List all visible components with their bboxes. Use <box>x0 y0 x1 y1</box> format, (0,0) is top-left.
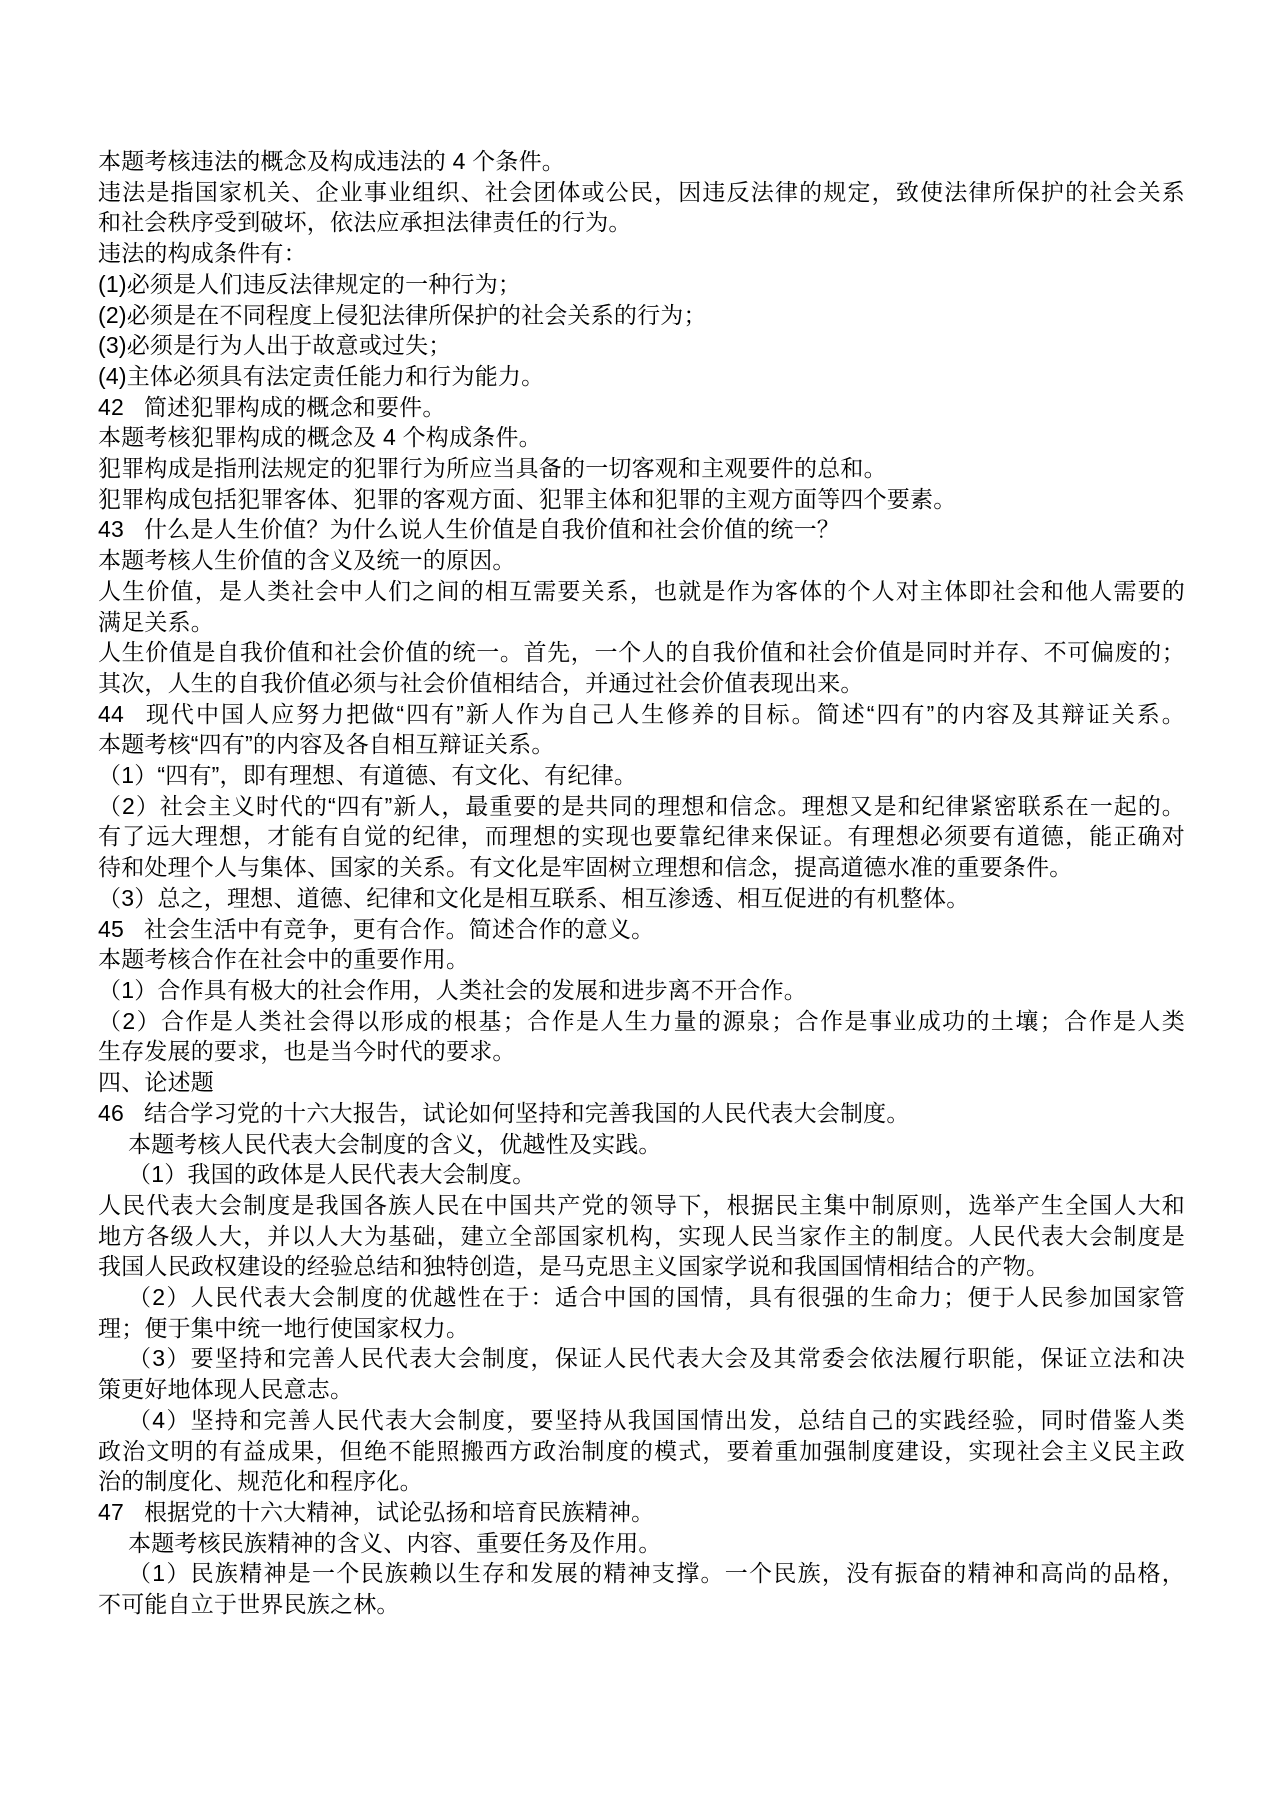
question-text: 根据党的十六大精神，试论弘扬和培育民族精神。 <box>144 1499 654 1525</box>
text-line: 犯罪构成是指刑法规定的犯罪行为所应当具备的一切客观和主观要件的总和。 <box>98 453 1185 484</box>
text-line: 46结合学习党的十六大报告，试论如何坚持和完善我国的人民代表大会制度。 <box>98 1098 1185 1129</box>
question-text: 社会生活中有竞争，更有合作。简述合作的意义。 <box>144 916 654 942</box>
text-line: 违法是指国家机关、企业事业组织、社会团体或公民，因违反法律的规定，致使法律所保护… <box>98 177 1185 208</box>
text-line: （1）我国的政体是人民代表大会制度。 <box>98 1159 1185 1190</box>
question-number: 47 <box>98 1497 124 1528</box>
text-line: 四、论述题 <box>98 1067 1185 1098</box>
text-line: 待和处理个人与集体、国家的关系。有文化是牢固树立理想和信念，提高道德水准的重要条… <box>98 852 1185 883</box>
question-text: 结合学习党的十六大报告，试论如何坚持和完善我国的人民代表大会制度。 <box>144 1100 910 1126</box>
question-number: 44 <box>98 699 124 730</box>
text-line: 有了远大理想，才能有自觉的纪律，而理想的实现也要靠纪律来保证。有理想必须要有道德… <box>98 821 1185 852</box>
question-number: 43 <box>98 514 124 545</box>
text-line: 理；便于集中统一地行使国家权力。 <box>98 1313 1185 1344</box>
question-text: 什么是人生价值？为什么说人生价值是自我价值和社会价值的统一？ <box>144 516 840 542</box>
text-line: 本题考核民族精神的含义、内容、重要任务及作用。 <box>98 1528 1185 1559</box>
text-line: （2）合作是人类社会得以形成的根基；合作是人生力量的源泉；合作是事业成功的土壤；… <box>98 1006 1185 1037</box>
question-text: 现代中国人应努力把做“四有”新人作为自己人生修养的目标。简述“四有”的内容及其辩… <box>144 701 1185 727</box>
text-line: （1）民族精神是一个民族赖以生存和发展的精神支撑。一个民族，没有振奋的精神和高尚… <box>98 1558 1185 1589</box>
text-line: 满足关系。 <box>98 607 1185 638</box>
text-line: 策更好地体现人民意志。 <box>98 1374 1185 1405</box>
text-line: 和社会秩序受到破坏，依法应承担法律责任的行为。 <box>98 207 1185 238</box>
text-line: 我国人民政权建设的经验总结和独特创造，是马克思主义国家学说和我国国情相结合的产物… <box>98 1251 1185 1282</box>
text-line: 44现代中国人应努力把做“四有”新人作为自己人生修养的目标。简述“四有”的内容及… <box>98 699 1185 730</box>
text-line: 违法的构成条件有： <box>98 238 1185 269</box>
text-block: 本题考核违法的概念及构成违法的 4 个条件。违法是指国家机关、企业事业组织、社会… <box>98 146 1185 1620</box>
text-line: （4）坚持和完善人民代表大会制度，要坚持从我国国情出发，总结自己的实践经验，同时… <box>98 1405 1185 1436</box>
text-line: （2）人民代表大会制度的优越性在于：适合中国的国情，具有很强的生命力；便于人民参… <box>98 1282 1185 1313</box>
text-line: 其次，人生的自我价值必须与社会价值相结合，并通过社会价值表现出来。 <box>98 668 1185 699</box>
text-line: 生存发展的要求，也是当今时代的要求。 <box>98 1036 1185 1067</box>
text-line: （3）总之，理想、道德、纪律和文化是相互联系、相互渗透、相互促进的有机整体。 <box>98 883 1185 914</box>
text-line: 政治文明的有益成果，但绝不能照搬西方政治制度的模式，要着重加强制度建设，实现社会… <box>98 1436 1185 1467</box>
text-line: 本题考核合作在社会中的重要作用。 <box>98 944 1185 975</box>
text-line: 治的制度化、规范化和程序化。 <box>98 1466 1185 1497</box>
text-line: 42简述犯罪构成的概念和要件。 <box>98 392 1185 423</box>
text-line: 45社会生活中有竞争，更有合作。简述合作的意义。 <box>98 914 1185 945</box>
text-line: 人生价值是自我价值和社会价值的统一。首先，一个人的自我价值和社会价值是同时并存、… <box>98 637 1185 668</box>
text-line: (3)必须是行为人出于故意或过失； <box>98 330 1185 361</box>
text-line: 本题考核犯罪构成的概念及 4 个构成条件。 <box>98 422 1185 453</box>
document-page: 本题考核违法的概念及构成违法的 4 个条件。违法是指国家机关、企业事业组织、社会… <box>0 0 1280 1810</box>
text-line: 本题考核人民代表大会制度的含义，优越性及实践。 <box>98 1129 1185 1160</box>
text-line: (1)必须是人们违反法律规定的一种行为； <box>98 269 1185 300</box>
text-line: 本题考核违法的概念及构成违法的 4 个条件。 <box>98 146 1185 177</box>
text-line: 本题考核“四有”的内容及各自相互辩证关系。 <box>98 729 1185 760</box>
text-line: 人生价值，是人类社会中人们之间的相互需要关系，也就是作为客体的个人对主体即社会和… <box>98 576 1185 607</box>
text-line: （3）要坚持和完善人民代表大会制度，保证人民代表大会及其常委会依法履行职能，保证… <box>98 1343 1185 1374</box>
text-line: （2）社会主义时代的“四有”新人，最重要的是共同的理想和信念。理想又是和纪律紧密… <box>98 791 1185 822</box>
text-line: （1）合作具有极大的社会作用，人类社会的发展和进步离不开合作。 <box>98 975 1185 1006</box>
text-line: 47根据党的十六大精神，试论弘扬和培育民族精神。 <box>98 1497 1185 1528</box>
text-line: （1）“四有”，即有理想、有道德、有文化、有纪律。 <box>98 760 1185 791</box>
text-line: 人民代表大会制度是我国各族人民在中国共产党的领导下，根据民主集中制原则，选举产生… <box>98 1190 1185 1221</box>
text-line: 犯罪构成包括犯罪客体、犯罪的客观方面、犯罪主体和犯罪的主观方面等四个要素。 <box>98 484 1185 515</box>
text-line: 地方各级人大，并以人大为基础，建立全部国家机构，实现人民当家作主的制度。人民代表… <box>98 1221 1185 1252</box>
question-number: 46 <box>98 1098 124 1129</box>
text-line: (2)必须是在不同程度上侵犯法律所保护的社会关系的行为； <box>98 300 1185 331</box>
text-line: 不可能自立于世界民族之林。 <box>98 1589 1185 1620</box>
question-number: 42 <box>98 392 124 423</box>
text-line: 43什么是人生价值？为什么说人生价值是自我价值和社会价值的统一？ <box>98 514 1185 545</box>
text-line: (4)主体必须具有法定责任能力和行为能力。 <box>98 361 1185 392</box>
text-line: 本题考核人生价值的含义及统一的原因。 <box>98 545 1185 576</box>
question-text: 简述犯罪构成的概念和要件。 <box>144 394 446 420</box>
question-number: 45 <box>98 914 124 945</box>
